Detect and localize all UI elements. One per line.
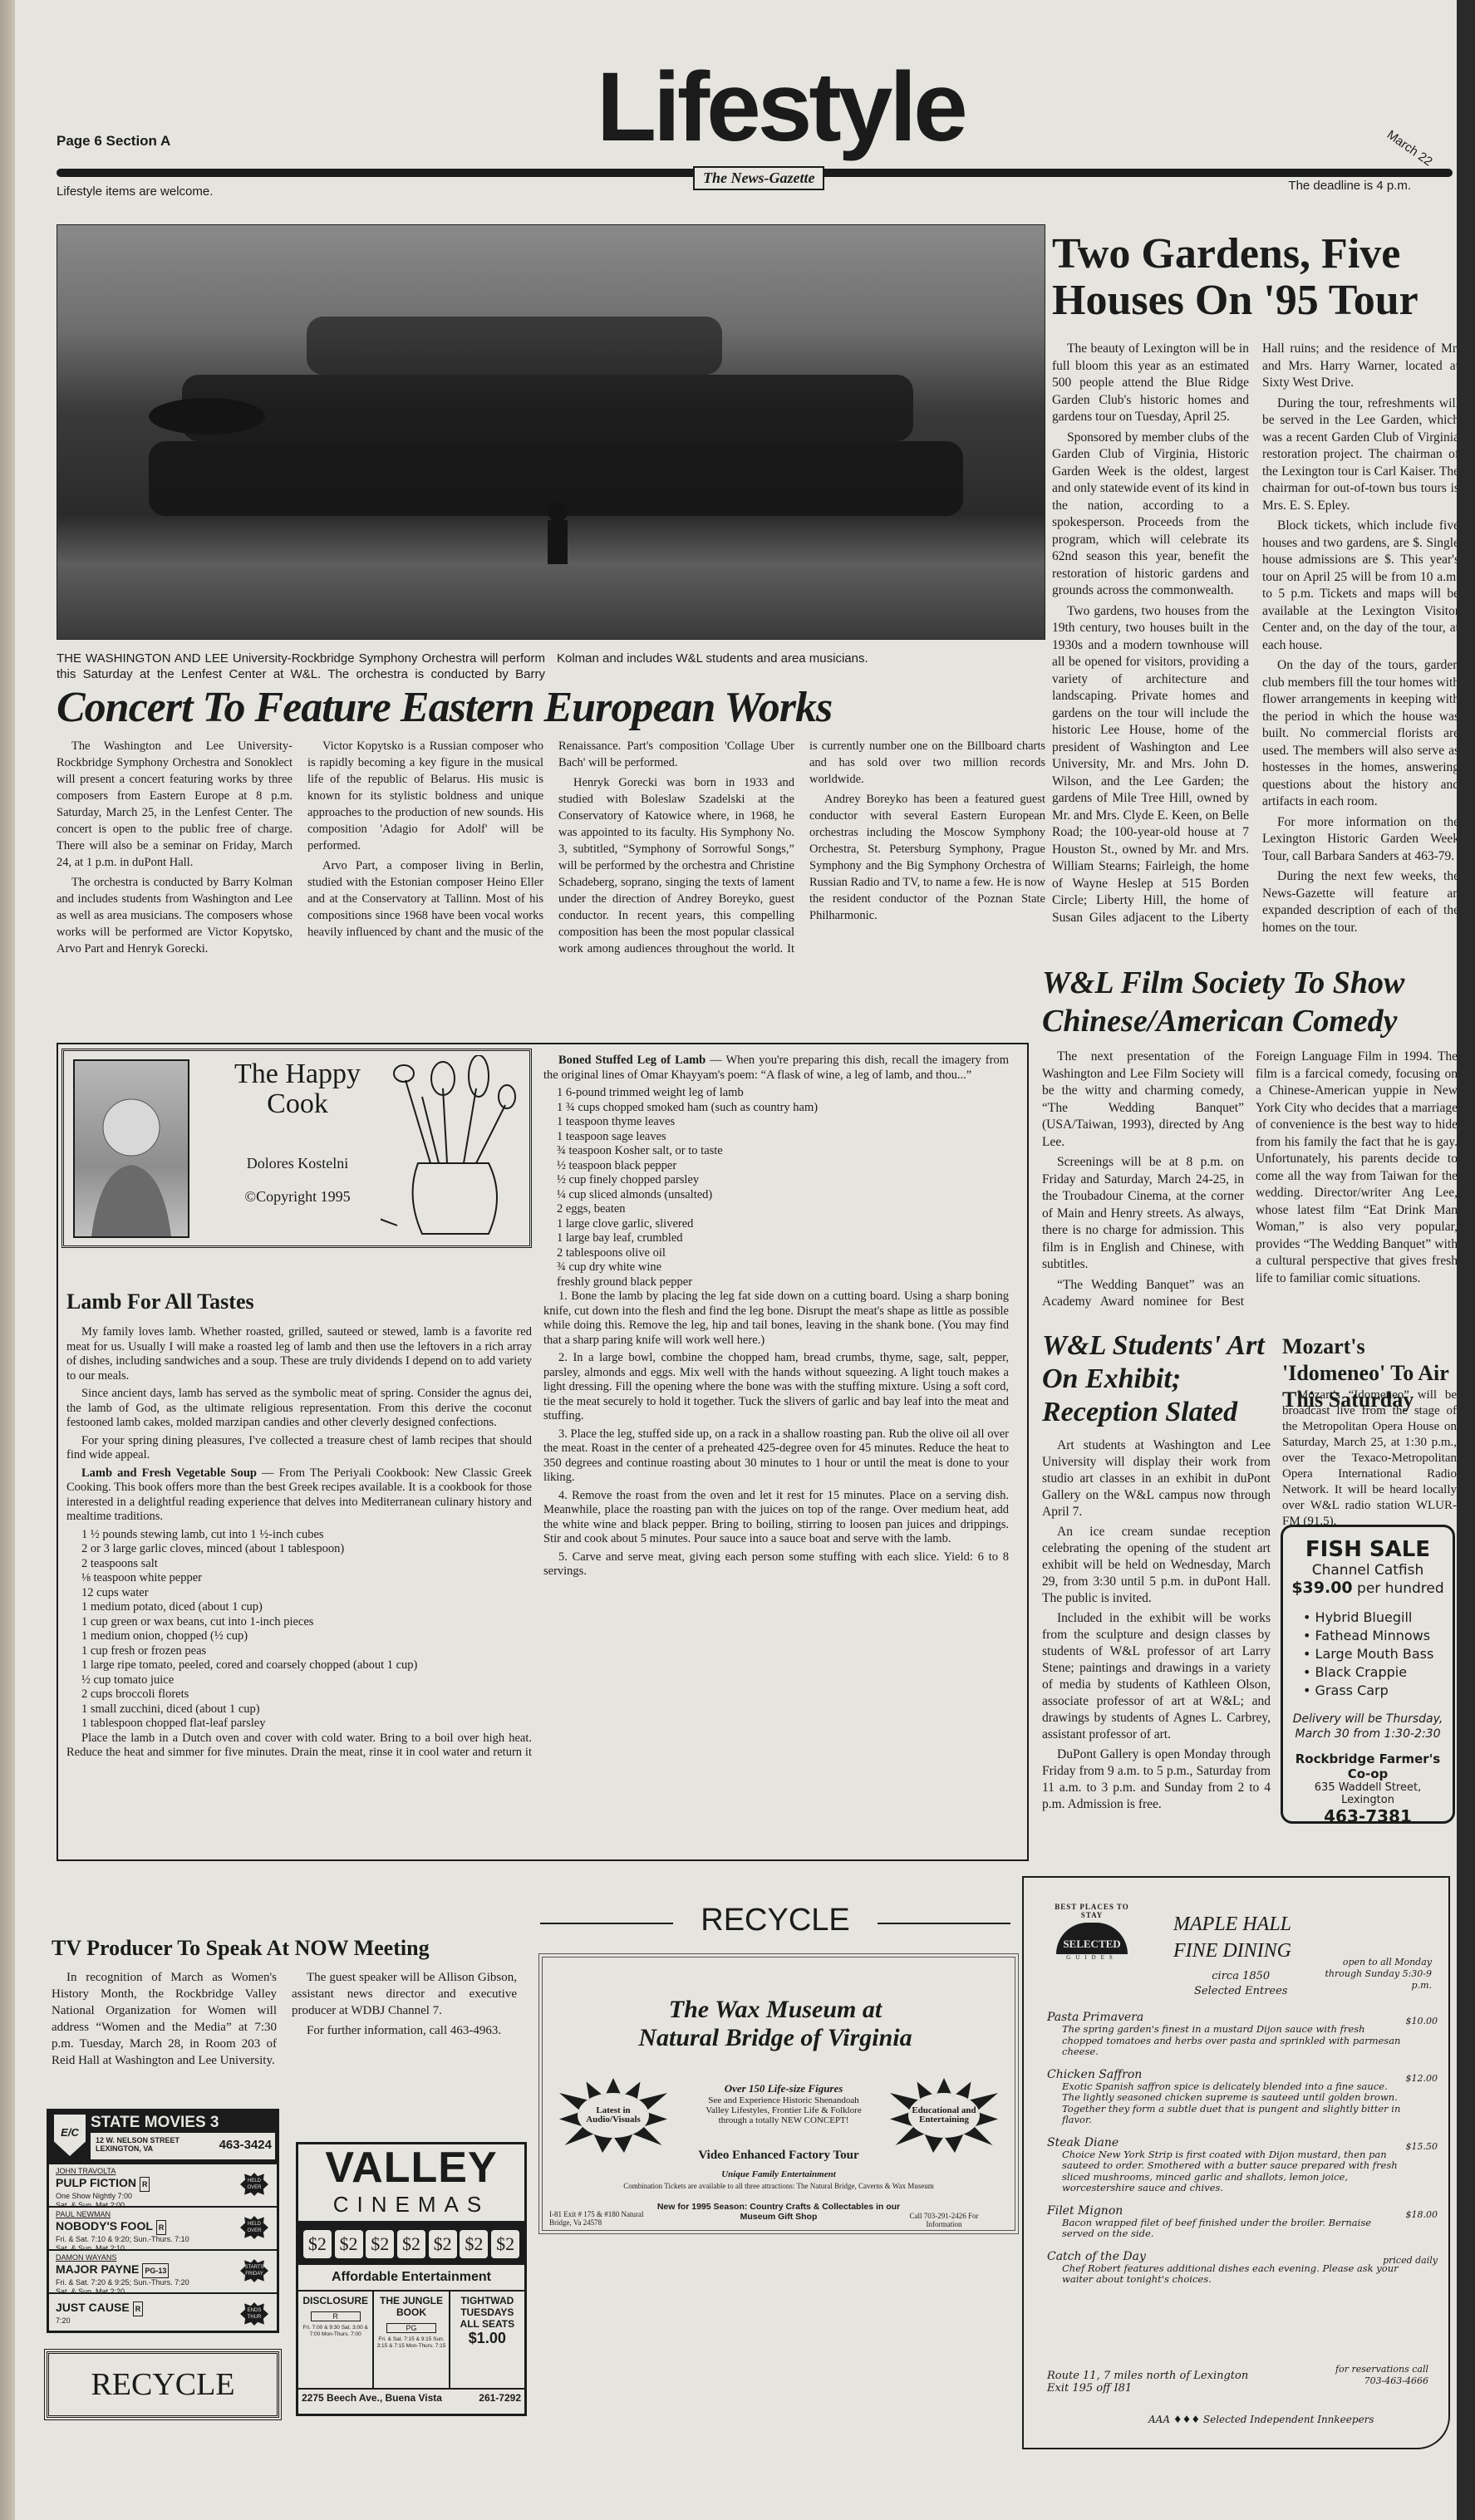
paragraph: My family loves lamb. Whether roasted, g… (66, 1325, 532, 1383)
menu-item-name: Pasta Primavera (1047, 2011, 1438, 2024)
ingredient: ½ cup finely chopped parsley (557, 1173, 1009, 1188)
paragraph: Included in the exhibit will be works fr… (1042, 1610, 1271, 1743)
ingredient: 2 or 3 large garlic cloves, minced (abou… (81, 1542, 532, 1557)
restaurant-title: MAPLE HALL FINE DINING (1173, 1911, 1340, 1964)
paragraph: The orchestra is conducted by Barry Kolm… (57, 874, 293, 957)
paragraph: Sponsored by member clubs of the Garden … (1052, 430, 1249, 600)
film-strip-price-icons: $2 $2 $2 $2 $2 $2 $2 (298, 2223, 524, 2265)
author-photo (73, 1059, 189, 1238)
lamb-article-continued: Boned Stuffed Leg of Lamb — When you're … (543, 1054, 1009, 1583)
paragraph: Screenings will be at 8 p.m. on Friday a… (1042, 1154, 1244, 1274)
paragraph: Victor Kopytsko is a Russian composer wh… (307, 738, 543, 854)
theater-header: E/C STATE MOVIES 3 12 W. NELSON STREET L… (49, 2111, 277, 2163)
ad-price: $39.00 per hundred (1290, 1579, 1446, 1597)
theater-name: STATE MOVIES 3 (91, 2114, 219, 2132)
price-value: $39.00 (1291, 1579, 1352, 1597)
date-label: March 22 (1384, 128, 1435, 169)
list-item: Grass Carp (1303, 1682, 1446, 1700)
lamb-article-body: My family loves lamb. Whether roasted, g… (66, 1325, 532, 1765)
showtimes: One Show Nightly 7:00 (56, 2192, 270, 2201)
menu-item-name: Filet Mignon (1047, 2204, 1438, 2218)
movie-star: PAUL NEWMAN (56, 2210, 270, 2219)
restaurant-circa: circa 1850 Selected Entrees (1194, 1969, 1287, 1999)
ingredient: freshly ground black pepper (557, 1275, 1009, 1290)
section-title: Lifestyle (597, 58, 965, 156)
price-tag: $2 (335, 2230, 363, 2258)
rating-badge: PG-13 (142, 2263, 169, 2278)
paragraph: During the tour, refreshments will be se… (1262, 395, 1459, 515)
paragraph: Block tickets, which include five houses… (1262, 518, 1459, 654)
portrait-icon (75, 1061, 188, 1236)
now-meeting-headline: TV Producer To Speak At NOW Meeting (52, 1936, 430, 1961)
ingredient: 1 medium onion, chopped (½ cup) (81, 1629, 532, 1644)
art-headline: W&L Students' Art On Exhibit; Reception … (1042, 1329, 1275, 1429)
showtimes: Fri. 7:00 & 9:30 Sat. 3:00 & 7:00 Mon-Th… (298, 2325, 372, 2338)
newspaper-page: Lifestyle Page 6 Section A March 22 The … (15, 0, 1461, 2520)
column-author: Dolores Kostelni (214, 1155, 381, 1172)
column-copyright: ©Copyright 1995 (214, 1188, 381, 1206)
aaa-rating: AAA ♦♦♦ Selected Independent Innkeepers (1148, 2414, 1374, 2425)
now-meeting-body: In recognition of March as Women's Histo… (52, 1969, 517, 2069)
showtimes: Fri. & Sat. 7:20 & 9:25; Sun.-Thurs. 7:2… (56, 2278, 270, 2287)
ingredient: ½ cup tomato juice (81, 1673, 532, 1688)
maple-hall-ad: BEST PLACES TO STAY SELECTED GUIDES MAPL… (1022, 1876, 1450, 2449)
price-tag: $2 (429, 2230, 457, 2258)
page-edge (0, 0, 15, 2520)
menu-item: Steak Diane $15.50 Choice New York Strip… (1047, 2136, 1438, 2194)
concert-headline: Concert To Feature Eastern European Work… (57, 683, 832, 732)
paragraph: The Washington and Lee University-Rockbr… (57, 738, 293, 871)
movie-listing: JOHN TRAVOLTA PULP FICTIONR One Show Nig… (49, 2163, 277, 2206)
menu-item: Filet Mignon $18.00 Bacon wrapped filet … (1047, 2204, 1438, 2240)
price-tag: $2 (491, 2230, 519, 2258)
page-label: Page 6 Section A (57, 133, 170, 150)
price-tag: $2 (397, 2230, 425, 2258)
ingredient: 1 teaspoon sage leaves (557, 1130, 1009, 1145)
list-item: Black Crappie (1303, 1663, 1446, 1682)
rating-badge: R (140, 2177, 150, 2192)
best-places-seal-icon: BEST PLACES TO STAY SELECTED GUIDES (1050, 1903, 1133, 1977)
recipe-title: Lamb and Fresh Vegetable Soup (81, 1466, 257, 1480)
figures-count: Over 150 Life-size Figures (701, 2082, 867, 2095)
cinema-phone: 261-7292 (479, 2390, 521, 2406)
showtimes: 7:20 (56, 2316, 270, 2326)
starburst-icon: Educational and Entertaining (890, 2078, 998, 2153)
title-text: MAJOR PAYNE (56, 2262, 139, 2276)
menu-item-name: Catch of the Day (1047, 2250, 1438, 2263)
menu-list: Pasta Primavera $10.00 The spring garden… (1047, 2011, 1438, 2296)
movie-title: DISCLOSURE (298, 2295, 372, 2306)
entrees-label: Selected Entrees (1194, 1984, 1287, 1999)
ingredient: ¼ cup sliced almonds (unsalted) (557, 1188, 1009, 1203)
showtimes: Fri. & Sat. 7:15 & 9:15 Sun. 3:15 & 7:15… (374, 2336, 448, 2350)
movie-listing: JUST CAUSER 7:20 ENDS THUR (49, 2292, 277, 2331)
ingredient: 2 teaspoons salt (81, 1557, 532, 1572)
showtimes: Fri. & Sat. 7:10 & 9:20; Sun.-Thurs. 7:1… (56, 2235, 270, 2244)
ingredient: 2 eggs, beaten (557, 1202, 1009, 1217)
recycle-banner: RECYCLE (540, 1903, 1010, 1938)
ad-title: FISH SALE (1290, 1537, 1446, 1562)
restaurant-directions: Route 11, 7 miles north of Lexington Exi… (1047, 2370, 1248, 2395)
paragraph: Mozart's “Idomeneo” will be broadcast li… (1282, 1388, 1457, 1530)
address-text: 12 W. NELSON STREET LEXINGTON, VA (96, 2136, 204, 2153)
welcome-note: Lifestyle items are welcome. (57, 184, 213, 199)
rating-badge: R (156, 2220, 167, 2235)
list-item: Fathead Minnows (1303, 1627, 1446, 1645)
seller-phone: 463-7381 (1290, 1806, 1446, 1826)
shield-logo-icon: E/C (54, 2115, 86, 2156)
art-article-body: Art students at Washington and Lee Unive… (1042, 1437, 1271, 1816)
fish-sale-ad: FISH SALE Channel Catfish $39.00 per hun… (1281, 1525, 1455, 1824)
recycle-box-ad: RECYCLE (47, 2351, 279, 2418)
stage-floor (57, 564, 1045, 639)
ingredient: 1 tablespoon chopped flat-leaf parsley (81, 1717, 532, 1732)
paragraph: For more information on the Lexington Hi… (1262, 814, 1459, 866)
paragraph: For your spring dining pleasures, I've c… (66, 1434, 532, 1463)
movie-title: PULP FICTIONR (56, 2176, 270, 2192)
wax-museum-ad: The Wax Museum at Natural Bridge of Virg… (542, 1957, 1015, 2231)
menu-item-price: $10.00 (1406, 2016, 1438, 2026)
film-article-body: The next presentation of the Washington … (1042, 1049, 1458, 1323)
rating-badge: R (311, 2311, 361, 2321)
promo-price: $1.00 (450, 2335, 524, 2341)
ingredient: 2 tablespoons olive oil (557, 1246, 1009, 1261)
price-tag: $2 (460, 2230, 488, 2258)
exit-text: Exit 195 off I81 (1047, 2382, 1248, 2395)
theater-address: 12 W. NELSON STREET LEXINGTON, VA 463-34… (91, 2133, 275, 2159)
wax-museum-logo: The Wax Museum at Natural Bridge of Virg… (626, 1972, 925, 2080)
paragraph: DuPont Gallery is open Monday through Fr… (1042, 1746, 1271, 1813)
paragraph: In recognition of March as Women's Histo… (52, 1969, 277, 2069)
menu-item: Catch of the Day priced daily Chef Rober… (1047, 2250, 1438, 2286)
title-text: NOBODY'S FOOL (56, 2219, 153, 2233)
cinema-subtitle: CINEMAS (298, 2191, 524, 2223)
seal-arc-text: BEST PLACES TO STAY (1050, 1903, 1133, 1919)
ingredient: 1 cup green or wax beans, cut into 1-inc… (81, 1615, 532, 1630)
movie-listing: DISCLOSURE R Fri. 7:00 & 9:30 Sat. 3:00 … (298, 2292, 372, 2388)
ingredient: ½ teaspoon black pepper (557, 1159, 1009, 1174)
cinema-listings: DISCLOSURE R Fri. 7:00 & 9:30 Sat. 3:00 … (298, 2292, 524, 2390)
menu-item-description: Exotic Spanish saffron spice is delicate… (1047, 2081, 1438, 2126)
cinema-name: VALLEY (298, 2144, 524, 2191)
movie-listing: THE JUNGLE BOOK PG Fri. & Sat. 7:15 & 9:… (372, 2292, 448, 2388)
paragraph: An ice cream sundae reception celebratin… (1042, 1524, 1271, 1607)
photo-caption: THE WASHINGTON AND LEE University-Rockbr… (57, 651, 1045, 682)
wax-museum-description: Over 150 Life-size Figures See and Exper… (701, 2082, 867, 2125)
cinema-footer: 2275 Beech Ave., Buena Vista 261-7292 (298, 2390, 524, 2406)
promo-title: TIGHTWAD TUESDAYS ALL SEATS (450, 2295, 524, 2330)
family-tagline: Unique Family Entertainment (543, 2169, 1015, 2179)
paragraph: The guest speaker will be Allison Gibson… (292, 1969, 517, 2019)
gardens-headline: Two Gardens, Five Houses On '95 Tour (1052, 231, 1468, 324)
ingredient: 2 cups broccoli florets (81, 1687, 532, 1702)
seller-address: 635 Waddell Street, Lexington (1290, 1781, 1446, 1806)
ingredient: 1 6-pound trimmed weight leg of lamb (557, 1086, 1009, 1101)
tour-title: Video Enhanced Factory Tour (543, 2149, 1015, 2163)
recipe-intro: Lamb and Fresh Vegetable Soup — From The… (66, 1466, 532, 1525)
menu-item: Chicken Saffron $12.00 Exotic Spanish sa… (1047, 2068, 1438, 2126)
combo-tickets: Combination Tickets are available to all… (543, 2182, 1015, 2190)
list-item: Large Mouth Bass (1303, 1645, 1446, 1663)
ingredient: 1 cup fresh or frozen peas (81, 1644, 532, 1659)
mozart-article-body: Mozart's “Idomeneo” will be broadcast li… (1282, 1388, 1457, 1533)
menu-item-price: $12.00 (1406, 2073, 1438, 2084)
circa-text: circa 1850 (1194, 1969, 1287, 1984)
movie-title: JUST CAUSER (56, 2301, 270, 2316)
movie-listing: DAMON WAYANS MAJOR PAYNEPG-13 Fri. & Sat… (49, 2249, 277, 2292)
ingredient: 1 teaspoon thyme leaves (557, 1115, 1009, 1130)
restaurant-hours: open to all Monday through Sunday 5:30-9… (1324, 1957, 1432, 1992)
ingredient: 1 large bay leaf, crumbled (557, 1231, 1009, 1246)
ingredient: 1 ¾ cups chopped smoked ham (such as cou… (557, 1101, 1009, 1116)
recipe-intro: Boned Stuffed Leg of Lamb — When you're … (543, 1054, 1009, 1083)
paragraph: Since ancient days, lamb has served as t… (66, 1387, 532, 1431)
recipe-step: 5. Carve and serve meat, giving each per… (543, 1550, 1009, 1579)
ingredient-list: 1 ½ pounds stewing lamb, cut into 1 ½-in… (66, 1528, 532, 1732)
menu-item-price: $18.00 (1406, 2209, 1438, 2220)
ingredient: 1 small zucchini, diced (about 1 cup) (81, 1702, 532, 1717)
museum-phone: Call 703-291-2426 For Information (898, 2212, 990, 2228)
starburst-icon: Latest in Audio/Visuals (559, 2078, 667, 2153)
recipe-directions: Place the lamb in a Dutch oven and cover… (66, 1732, 532, 1761)
ingredient: ¾ teaspoon Kosher salt, or to taste (557, 1144, 1009, 1159)
menu-item-description: Bacon wrapped filet of beef finished und… (1047, 2218, 1438, 2240)
ingredient-list: 1 6-pound trimmed weight leg of lamb 1 ¾… (543, 1086, 1009, 1289)
cinema-address: 2275 Beech Ave., Buena Vista (302, 2390, 442, 2406)
seller-name: Rockbridge Farmer's Co-op (1290, 1751, 1446, 1781)
ingredient: 1 large clove garlic, slivered (557, 1217, 1009, 1232)
menu-item-name: Steak Diane (1047, 2136, 1438, 2149)
valley-cinemas-ad: VALLEY CINEMAS $2 $2 $2 $2 $2 $2 $2 Affo… (296, 2142, 527, 2416)
orchestra-photo (57, 224, 1045, 640)
utensil-crock-icon (381, 1055, 522, 1242)
movie-star: DAMON WAYANS (56, 2253, 270, 2262)
ad-subtitle: Channel Catfish (1290, 1562, 1446, 1579)
paragraph: Andrey Boreyko has been a featured guest… (809, 791, 1045, 924)
seal-label: SELECTED (1056, 1923, 1127, 1954)
fish-list: Hybrid Bluegill Fathead Minnows Large Mo… (1303, 1609, 1446, 1700)
concert-article-body: The Washington and Lee University-Rockbr… (57, 738, 1045, 957)
movie-title: NOBODY'S FOOLR (56, 2219, 270, 2235)
movie-title: THE JUNGLE BOOK (374, 2295, 448, 2318)
seal-guides: GUIDES (1050, 1954, 1133, 1961)
movie-title: MAJOR PAYNEPG-13 (56, 2262, 270, 2278)
movie-star: JOHN TRAVOLTA (56, 2167, 270, 2176)
column-title: The Happy Cook (231, 1059, 364, 1119)
price-unit: per hundred (1357, 1580, 1444, 1597)
burst-text: Latest in Audio/Visuals (578, 2093, 649, 2138)
ingredient: 12 cups water (81, 1586, 532, 1601)
menu-item-price: $15.50 (1406, 2141, 1438, 2152)
burst-text: Educational and Entertaining (908, 2093, 980, 2138)
delivery-note: Delivery will be Thursday, March 30 from… (1290, 1712, 1446, 1741)
title-text: PULP FICTION (56, 2176, 136, 2189)
nameplate: The News-Gazette (693, 166, 824, 190)
paragraph: For further information, call 463-4963. (292, 2022, 517, 2039)
menu-item-price: priced daily (1383, 2255, 1438, 2266)
paragraph: The beauty of Lexington will be in full … (1052, 341, 1249, 426)
ingredient: 1 medium potato, diced (about 1 cup) (81, 1600, 532, 1615)
paragraph: During the next few weeks, the News-Gaze… (1262, 868, 1459, 936)
menu-item-description: Chef Robert features additional dishes e… (1047, 2263, 1438, 2286)
ingredient: ⅛ teaspoon white pepper (81, 1571, 532, 1586)
menu-item-description: The spring garden's finest in a mustard … (1047, 2024, 1438, 2058)
ingredient: 1 ½ pounds stewing lamb, cut into 1 ½-in… (81, 1528, 532, 1543)
reservations: for reservations call 703-463-4666 (1329, 2364, 1428, 2387)
paragraph: The next presentation of the Washington … (1042, 1049, 1244, 1151)
price-tag: $2 (366, 2230, 394, 2258)
ingredient: 1 large ripe tomato, peeled, cored and c… (81, 1658, 532, 1673)
list-item: Hybrid Bluegill (1303, 1609, 1446, 1627)
ingredient: ¾ cup dry white wine (557, 1260, 1009, 1275)
recipe-step: 3. Place the leg, stuffed side up, on a … (543, 1427, 1009, 1486)
museum-address: I-81 Exit # 175 & #180 Natural Bridge, V… (549, 2210, 649, 2227)
menu-item: Pasta Primavera $10.00 The spring garden… (1047, 2011, 1438, 2058)
menu-item-name: Chicken Saffron (1047, 2068, 1438, 2081)
recipe-title: Boned Stuffed Leg of Lamb (558, 1054, 706, 1067)
menu-item-description: Choice New York Strip is first coated wi… (1047, 2149, 1438, 2194)
paragraph: Art students at Washington and Lee Unive… (1042, 1437, 1271, 1520)
state-movies-ad: E/C STATE MOVIES 3 12 W. NELSON STREET L… (47, 2109, 279, 2333)
gardens-article-body: The beauty of Lexington will be in full … (1052, 341, 1459, 955)
price-tag: $2 (303, 2230, 332, 2258)
rating-badge: R (133, 2301, 144, 2316)
recipe-step: 4. Remove the roast from the oven and le… (543, 1489, 1009, 1547)
movie-listing: PAUL NEWMAN NOBODY'S FOOLR Fri. & Sat. 7… (49, 2206, 277, 2249)
promo-listing: TIGHTWAD TUESDAYS ALL SEATS $1.00 (449, 2292, 524, 2388)
lamb-headline: Lamb For All Tastes (66, 1289, 254, 1314)
film-headline: W&L Film Society To Show Chinese/America… (1042, 964, 1458, 1040)
description-text: See and Experience Historic Shenandoah V… (701, 2095, 867, 2125)
route-text: Route 11, 7 miles north of Lexington (1047, 2370, 1248, 2382)
binding-edge (1457, 0, 1475, 2520)
theater-phone: 463-3424 (219, 2141, 272, 2149)
recipe-step: 1. Bone the lamb by placing the leg fat … (543, 1289, 1009, 1348)
recipe-step: 2. In a large bowl, combine the chopped … (543, 1351, 1009, 1424)
cinema-tagline: Affordable Entertainment (298, 2265, 524, 2292)
paragraph: On the day of the tours, garden club mem… (1262, 657, 1459, 811)
rating-badge: PG (386, 2323, 436, 2333)
deadline-note: The deadline is 4 p.m. (1288, 179, 1411, 193)
title-text: JUST CAUSE (56, 2301, 130, 2314)
